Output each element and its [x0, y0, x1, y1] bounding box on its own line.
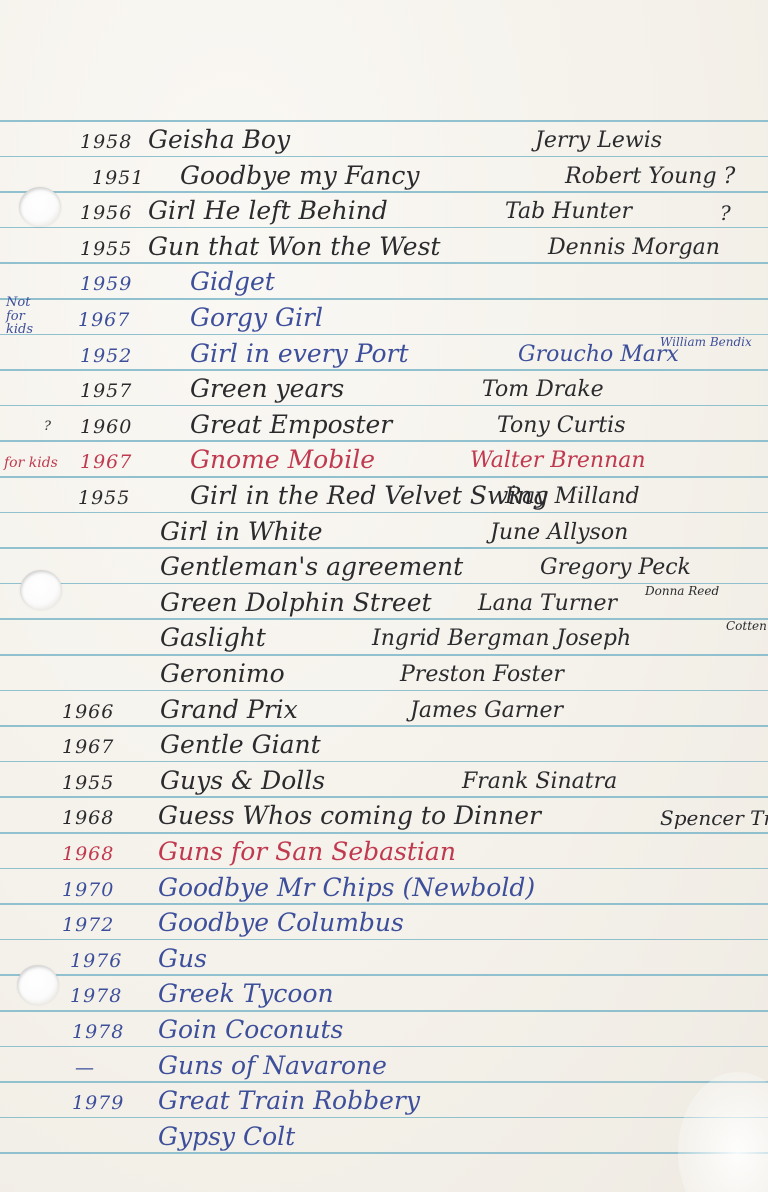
list-item: 1978Greek Tycoon	[0, 974, 768, 1010]
entry-title: Guns of Navarone	[158, 1053, 387, 1078]
entry-title: Geronimo	[160, 661, 285, 686]
entry-year: 1970	[62, 881, 114, 900]
entry-year: 1978	[72, 1023, 124, 1042]
list-item: —Guns of Navarone	[0, 1046, 768, 1082]
list-item: 1955Guys & DollsFrank Sinatra	[0, 761, 768, 797]
list-item: 1960Great EmposterTony Curtis	[0, 405, 768, 441]
entry-title: Green Dolphin Street	[160, 590, 432, 615]
entry-title: Grand Prix	[160, 697, 298, 722]
list-item: Girl in WhiteJune Allyson	[0, 512, 768, 548]
entry-star: Tony Curtis	[497, 415, 626, 437]
entry-title: Gypsy Colt	[158, 1124, 295, 1149]
entry-title: Girl in every Port	[190, 341, 409, 366]
entry-extra-note: Donna Reed	[645, 585, 719, 597]
entry-year: 1976	[70, 952, 122, 971]
entry-title: Gun that Won the West	[148, 234, 440, 259]
list-item: 1958Geisha BoyJerry Lewis	[0, 120, 768, 156]
entry-year: 1955	[62, 774, 114, 793]
entry-star: Tab Hunter	[505, 201, 632, 223]
list-item: 1967Gnome MobileWalter Brennan	[0, 440, 768, 476]
entry-star: Ingrid Bergman Joseph	[372, 628, 631, 650]
entry-title: Gnome Mobile	[190, 447, 375, 472]
list-item: 1976Gus	[0, 939, 768, 975]
entry-star: June Allyson	[490, 522, 628, 544]
entry-title: Guns for San Sebastian	[158, 839, 456, 864]
entry-star: Ray Milland	[505, 486, 640, 508]
entry-year: 1968	[62, 845, 114, 864]
entry-star: Groucho Marx	[518, 344, 679, 366]
entry-star: Dennis Morgan	[548, 237, 720, 259]
entry-year: 1951	[92, 169, 144, 188]
entry-title: Goin Coconuts	[158, 1017, 343, 1042]
list-item: 1956Girl He left BehindTab Hunter?	[0, 191, 768, 227]
entry-extra-note: William Bendix	[660, 336, 752, 348]
notebook-page: Not for kids ? for kids 1958Geisha BoyJe…	[0, 0, 768, 1192]
list-item: 1978Goin Coconuts	[0, 1010, 768, 1046]
entry-star: Preston Foster	[400, 664, 564, 686]
list-item: 1968Guns for San Sebastian	[0, 832, 768, 868]
list-item: 1967Gorgy Girl	[0, 298, 768, 334]
entry-title: Girl in White	[160, 519, 323, 544]
entry-title: Great Emposter	[190, 412, 392, 437]
entry-year: 1958	[80, 133, 132, 152]
entry-star: Walter Brennan	[470, 450, 646, 472]
entry-star: Robert Young ?	[565, 166, 735, 188]
entry-title: Gus	[158, 946, 207, 971]
entry-title: Guess Whos coming to Dinner	[158, 803, 541, 828]
list-item: 1955Gun that Won the WestDennis Morgan	[0, 227, 768, 263]
entry-title: Girl in the Red Velvet Swing	[190, 483, 548, 508]
entry-title: Gentleman's agreement	[160, 554, 463, 579]
list-item: 1959Gidget	[0, 262, 768, 298]
entry-year: 1959	[80, 275, 132, 294]
entry-title: Gidget	[190, 269, 275, 294]
entry-star: Lana Turner	[478, 593, 617, 615]
entry-year: 1968	[62, 809, 114, 828]
list-item: GeronimoPreston Foster	[0, 654, 768, 690]
entry-title: Gentle Giant	[160, 732, 321, 757]
entry-extra-note: Spencer Tracy	[660, 808, 768, 828]
list-item: 1957Green yearsTom Drake	[0, 369, 768, 405]
entry-title: Greek Tycoon	[158, 981, 334, 1006]
entry-title: Gaslight	[160, 625, 266, 650]
list-item: 1970Goodbye Mr Chips (Newbold)	[0, 868, 768, 904]
entry-year: 1967	[78, 311, 130, 330]
entry-year: 1978	[70, 987, 122, 1006]
list-item: 1968Guess Whos coming to DinnerSpencer T…	[0, 796, 768, 832]
entry-year: 1952	[80, 347, 132, 366]
list-item: Gentleman's agreementGregory Peck	[0, 547, 768, 583]
entry-year: 1966	[62, 703, 114, 722]
list-item: 1966Grand PrixJames Garner	[0, 690, 768, 726]
entry-year: 1955	[80, 240, 132, 259]
entry-star: Gregory Peck	[540, 557, 691, 579]
entry-title: Goodbye Mr Chips (Newbold)	[158, 875, 535, 900]
entry-extra-note: ?	[720, 203, 731, 223]
list-item: 1967Gentle Giant	[0, 725, 768, 761]
list-item: 1972Goodbye Columbus	[0, 903, 768, 939]
list-item: 1952Girl in every PortGroucho MarxWillia…	[0, 334, 768, 370]
list-item: 1951Goodbye my FancyRobert Young ?	[0, 156, 768, 192]
entry-title: Girl He left Behind	[148, 198, 388, 223]
entry-title: Gorgy Girl	[190, 305, 323, 330]
entry-year: 1967	[80, 453, 132, 472]
entry-star: Tom Drake	[482, 379, 604, 401]
entry-year: —	[75, 1059, 95, 1078]
list-item: 1955Girl in the Red Velvet SwingRay Mill…	[0, 476, 768, 512]
entry-title: Goodbye Columbus	[158, 910, 404, 935]
entry-year: 1955	[78, 489, 130, 508]
entry-year: 1967	[62, 738, 114, 757]
entry-year: 1972	[62, 916, 114, 935]
entry-year: 1960	[80, 418, 132, 437]
entry-year: 1957	[80, 382, 132, 401]
entry-title: Geisha Boy	[148, 127, 290, 152]
entry-star: James Garner	[410, 700, 563, 722]
entry-extra-note: Cotten	[726, 620, 767, 632]
entry-year: 1979	[72, 1094, 124, 1113]
entry-star: Frank Sinatra	[462, 771, 617, 793]
entry-title: Green years	[190, 376, 344, 401]
entry-title: Great Train Robbery	[158, 1088, 420, 1113]
entry-star: Jerry Lewis	[535, 130, 662, 152]
entry-year: 1956	[80, 204, 132, 223]
list-item: Green Dolphin StreetLana TurnerDonna Ree…	[0, 583, 768, 619]
list-item: 1979Great Train Robbery	[0, 1081, 768, 1117]
list-item: Gypsy Colt	[0, 1117, 768, 1153]
entry-title: Guys & Dolls	[160, 768, 325, 793]
entry-title: Goodbye my Fancy	[180, 163, 420, 188]
list-item: GaslightIngrid Bergman JosephCotten	[0, 618, 768, 654]
